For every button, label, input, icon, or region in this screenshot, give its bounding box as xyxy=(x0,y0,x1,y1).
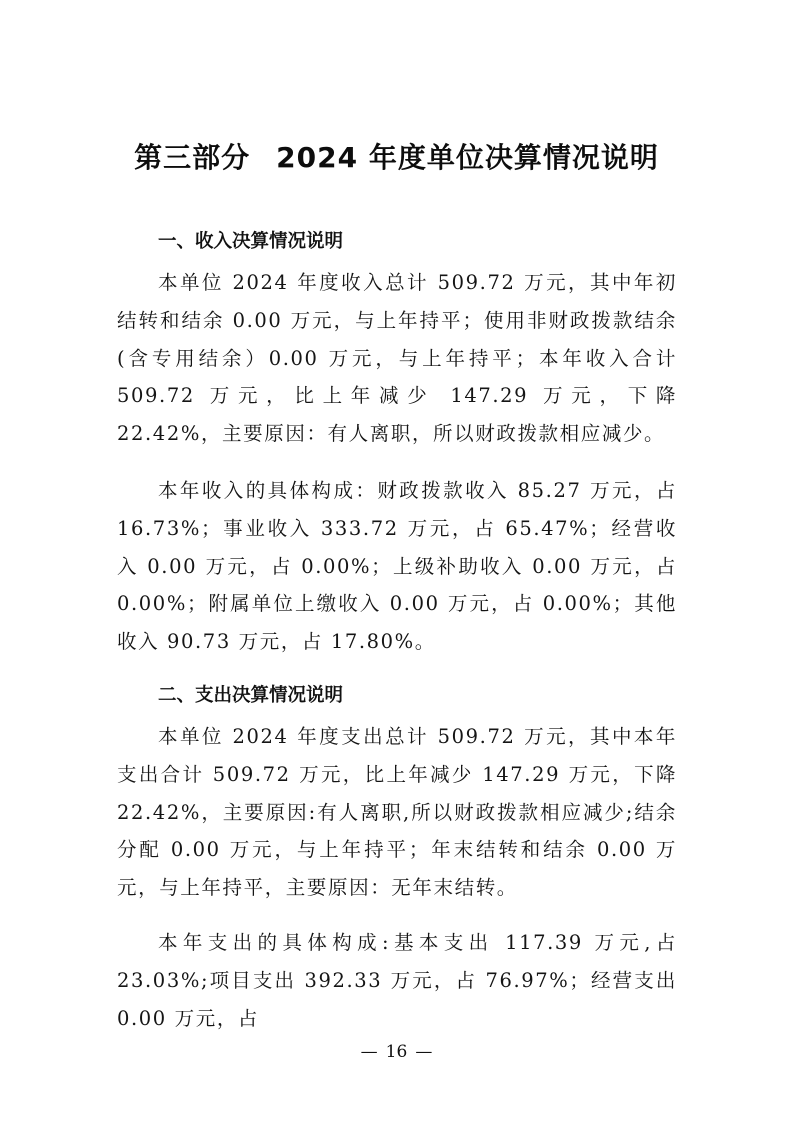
document-page: 第三部分2024 年度单位决算情况说明 一、收入决算情况说明 本单位 2024 … xyxy=(0,0,793,1122)
paragraph-income-composition: 本年收入的具体构成：财政拨款收入 85.27 万元，占 16.73%；事业收入 … xyxy=(117,472,677,661)
page-footer: —16— xyxy=(0,1040,793,1064)
section-heading-expenditure: 二、支出决算情况说明 xyxy=(158,682,343,710)
paragraph-income-summary: 本单位 2024 年度收入总计 509.72 万元，其中年初结转和结余 0.00… xyxy=(117,264,677,453)
footer-dash-right: — xyxy=(415,1040,432,1064)
page-number: 16 xyxy=(386,1042,408,1062)
title-part: 第三部分 xyxy=(134,141,250,174)
paragraph-expenditure-summary: 本单位 2024 年度支出总计 509.72 万元，其中本年支出合计 509.7… xyxy=(117,718,677,907)
title-text: 2024 年度单位决算情况说明 xyxy=(276,141,659,174)
footer-dash-left: — xyxy=(361,1040,378,1064)
section-heading-income: 一、收入决算情况说明 xyxy=(158,228,343,256)
page-title: 第三部分2024 年度单位决算情况说明 xyxy=(0,136,793,180)
paragraph-expenditure-composition: 本年支出的具体构成:基本支出 117.39 万元,占 23.03%;项目支出 3… xyxy=(117,924,677,1037)
